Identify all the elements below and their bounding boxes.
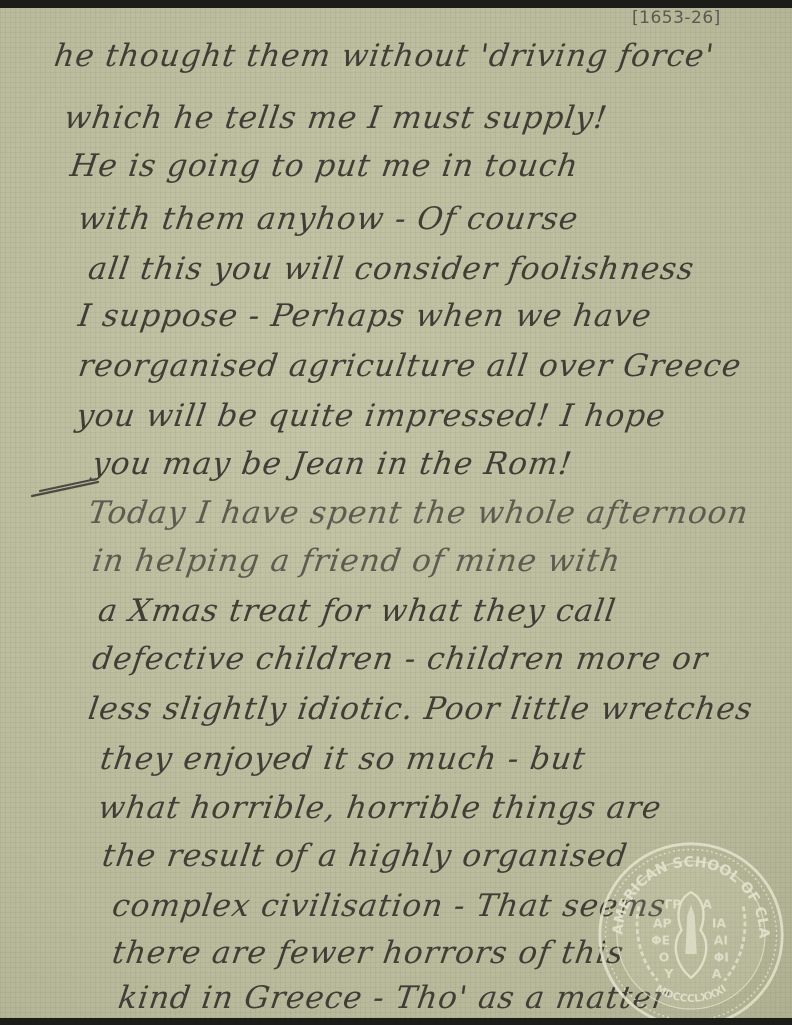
svg-text:Α: Α — [702, 897, 712, 911]
svg-text:Ο: Ο — [659, 951, 670, 965]
handwritten-line: the result of a highly organised — [100, 838, 630, 874]
handwritten-line: you may be Jean in the Rom! — [90, 446, 575, 482]
letter-page: [1653-26] he thought them without 'drivi… — [0, 8, 792, 1018]
svg-text:ΓΡ: ΓΡ — [664, 897, 681, 911]
handwritten-line: all this you will consider foolishness — [86, 251, 697, 287]
svg-text:ΦΙ: ΦΙ — [714, 951, 729, 965]
svg-text:ΑΙ: ΑΙ — [714, 934, 728, 948]
svg-text:ΑΡ: ΑΡ — [653, 916, 672, 930]
handwritten-line: reorganised agriculture all over Greece — [76, 348, 744, 384]
handwritten-line: you will be quite impressed! I hope — [74, 398, 668, 434]
handwritten-line: they enjoyed it so much - but — [98, 741, 588, 777]
svg-text:Α: Α — [712, 967, 722, 981]
institution-seal-stamp: AMERICAN SCHOOL OF CLASSICAL STUDIES AT … — [596, 840, 786, 1018]
handwritten-line: less slightly idiotic. Poor little wretc… — [86, 691, 755, 727]
handwritten-line: with them anyhow - Of course — [76, 201, 581, 237]
handwritten-line: kind in Greece - Tho' as a matter — [116, 980, 671, 1016]
handwritten-line: I suppose - Perhaps when we have — [76, 298, 654, 334]
svg-text:ΙΑ: ΙΑ — [712, 916, 727, 930]
margin-double-stroke-mark — [30, 478, 100, 498]
handwritten-line: which he tells me I must supply! — [62, 100, 610, 136]
handwritten-line: Today I have spent the whole afternoon — [86, 495, 751, 531]
handwritten-line: there are fewer horrors of this — [110, 935, 626, 971]
handwritten-line: defective children - children more or — [90, 641, 710, 677]
svg-text:Υ: Υ — [663, 967, 674, 981]
handwritten-line: complex civilisation - That seems — [110, 888, 668, 924]
handwritten-line: a Xmas treat for what they call — [96, 593, 618, 629]
handwritten-line: he thought them without 'driving force' — [52, 38, 717, 74]
archive-reference: [1653-26] — [632, 8, 721, 28]
svg-text:ΦΕ: ΦΕ — [651, 934, 670, 948]
handwritten-line: what horrible, horrible things are — [96, 790, 664, 826]
handwritten-line: He is going to put me in touch — [68, 148, 581, 184]
handwritten-line: in helping a friend of mine with — [90, 543, 623, 579]
